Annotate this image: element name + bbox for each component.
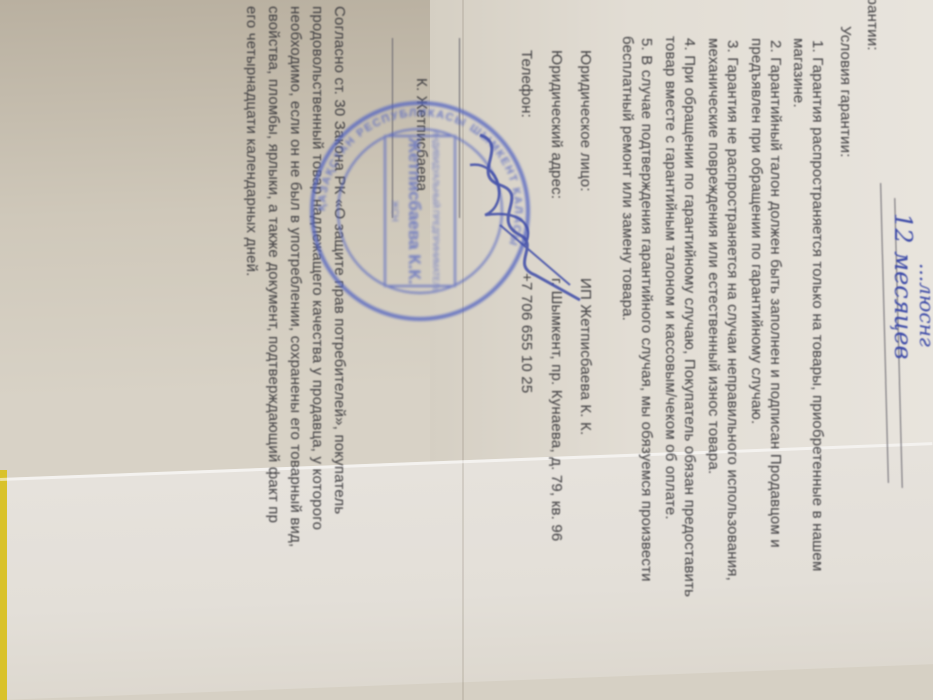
condition-line: 4. При обращении по гарантийному случаю,…: [681, 38, 698, 597]
condition-line: магазине.: [790, 38, 807, 108]
header-partial: арантии:: [864, 0, 881, 51]
address-value: г. Шымкент, пр. Кунаева, д. 79, кв. 96: [548, 278, 565, 541]
footer-line: свойства, пломбы, ярлыки, а также докуме…: [265, 6, 282, 523]
condition-line: 2. Гарантийный талон должен быть заполне…: [767, 40, 784, 548]
condition-line: 3. Гарантия не распространяется на случа…: [724, 40, 741, 581]
condition-line: бесплатный ремонт или замену товара.: [619, 36, 636, 321]
stamp-sub: ИНДИВИДУАЛЬНЫЙ ПРЕДПРИНИМАТЕЛЬ: [431, 130, 440, 293]
footer-line: его четырнадцати календарных дней.: [243, 6, 260, 277]
condition-line: 5. В случае подтверждения гарантийного с…: [638, 38, 655, 582]
condition-line: 1. Гарантия распространяется только на т…: [809, 40, 826, 571]
signature-icon: [440, 125, 590, 305]
condition-line: механические повреждения или естественны…: [705, 38, 722, 474]
footer-line: необходимо, если он не был в употреблени…: [287, 6, 304, 547]
stamp-name: Жетписбаева К.К.: [405, 137, 424, 285]
conditions-title: Условия гарантии:: [837, 26, 854, 158]
yellow-object-edge: [0, 470, 7, 700]
condition-line: предъявлен при обращении по гарантийному…: [748, 38, 765, 424]
underline-period: [880, 183, 889, 483]
condition-line: товар вместе с гарантийным талоном и кас…: [662, 36, 679, 520]
handwritten-warranty-period: 12 месяцев: [889, 213, 917, 360]
warranty-document: арантии: ...люснг 12 месяцев Условия гар…: [173, 0, 933, 698]
handwritten-top: ...люснг: [915, 263, 933, 347]
stamp-id: ЖСН: [390, 200, 400, 221]
